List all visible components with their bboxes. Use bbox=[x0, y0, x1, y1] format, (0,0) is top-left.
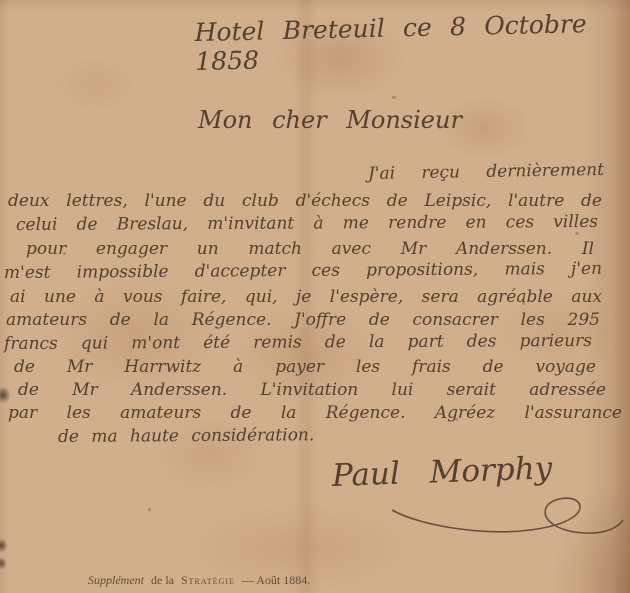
letter-body-line: J'ai reçu dernièrement bbox=[368, 160, 604, 184]
caption-middle: de la bbox=[151, 573, 174, 587]
letter-scan: Hotel Breteuil ce 8 Octobre 1858 Mon che… bbox=[0, 0, 630, 593]
letter-body-line: deux lettres, l'une du club d'échecs de … bbox=[8, 191, 602, 211]
paper-speck bbox=[63, 252, 66, 255]
letter-body-line: de ma haute considération. bbox=[58, 425, 314, 447]
letter-body-line: pour engager un match avec Mr Anderssen.… bbox=[26, 239, 594, 259]
letter-body-line: amateurs de la Régence. J'offre de consa… bbox=[6, 310, 600, 330]
paper-speck bbox=[575, 232, 579, 235]
caption-title: Supplément bbox=[88, 573, 144, 587]
caption-journal: Stratégie bbox=[181, 573, 235, 587]
caption-suffix: — Août 1884. bbox=[242, 573, 310, 587]
letter-body-line: francs qui m'ont été remis de la part de… bbox=[4, 331, 592, 354]
ink-smudge bbox=[0, 386, 11, 404]
letter-body-line: par les amateurs de la Régence. Agréez l… bbox=[8, 403, 622, 423]
letter-body-line: celui de Breslau, m'invitant à me rendre… bbox=[16, 212, 598, 235]
letter-salutation: Mon cher Monsieur bbox=[198, 106, 462, 134]
letter-body-line: de Mr Anderssen. L'invitation lui serait… bbox=[18, 380, 606, 400]
letter-body-line: ai une à vous faire, qui, je l'espère, s… bbox=[10, 287, 602, 307]
caption: Supplément de la Stratégie — Août 1884. bbox=[88, 573, 314, 588]
ink-smudge bbox=[0, 557, 7, 570]
signature: Paul Morphy bbox=[331, 450, 552, 494]
letter-body-line: m'est impossible d'accepter ces proposit… bbox=[4, 259, 602, 283]
paper-speck bbox=[148, 508, 151, 511]
letter-heading: Hotel Breteuil ce 8 Octobre 1858 bbox=[194, 9, 587, 76]
paper-speck bbox=[522, 302, 525, 305]
letter-body-line: de Mr Harrwitz à payer les frais de voya… bbox=[14, 357, 596, 377]
paper-speck bbox=[392, 96, 396, 99]
ink-smudge bbox=[0, 538, 8, 553]
paper-speck bbox=[455, 418, 458, 421]
signature-flourish bbox=[390, 492, 630, 547]
